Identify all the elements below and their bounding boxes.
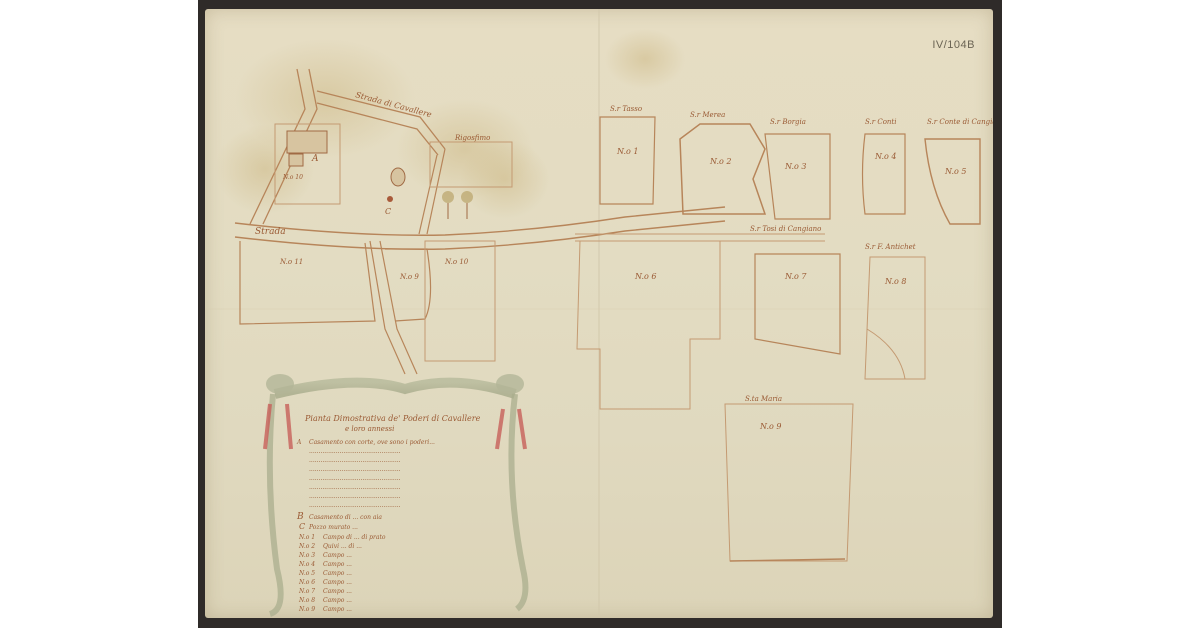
svg-text:N.o 11: N.o 11	[279, 258, 303, 266]
cartouche-subtitle: e loro annessi	[345, 425, 394, 433]
svg-text:N.o 4: N.o 4	[874, 152, 896, 161]
parcel-n11: N.o 11	[240, 241, 375, 324]
svg-text:N.o 7: N.o 7	[784, 272, 807, 281]
svg-text:N.o 10: N.o 10	[444, 258, 469, 266]
svg-text:..............................: ........................................…	[309, 475, 401, 482]
svg-text:N.o 10: N.o 10	[282, 174, 303, 181]
svg-text:B: B	[296, 512, 304, 522]
svg-text:Campo ...: Campo ...	[323, 597, 352, 604]
parcel-n7: N.o 7	[755, 254, 840, 354]
svg-text:N.o 4: N.o 4	[298, 561, 315, 568]
parcel-n5: N.o 5 S.r Conte di Cangiano	[925, 118, 993, 224]
parcel-n10: N.o 10	[425, 241, 495, 361]
svg-text:N.o 7: N.o 7	[298, 588, 315, 595]
cartouche: Pianta Dimostrativa de' Poderi di Cavall…	[265, 374, 525, 614]
svg-text:N.o 8: N.o 8	[884, 277, 906, 286]
road-main: Strada	[235, 207, 725, 249]
parcel-n1: N.o 1 S.r Tasso	[600, 105, 655, 204]
svg-text:Campo ...: Campo ...	[323, 588, 352, 595]
svg-text:N.o 9: N.o 9	[399, 273, 419, 281]
svg-text:Campo ...: Campo ...	[323, 561, 352, 568]
parcel-n2: N.o 2 S.r Merea	[680, 111, 765, 214]
road-label: Strada	[255, 227, 286, 237]
svg-text:A: A	[296, 439, 302, 446]
parcel-n9: N.o 9 S.ta Maria	[725, 395, 853, 561]
svg-text:..............................: ........................................…	[309, 493, 401, 500]
svg-text:Quivi ... di ...: Quivi ... di ...	[323, 543, 362, 550]
svg-text:Casamento di ... con aia: Casamento di ... con aia	[309, 514, 382, 521]
svg-text:Campo ...: Campo ...	[323, 579, 352, 586]
svg-text:..............................: ........................................…	[309, 466, 401, 473]
road-south	[370, 241, 417, 374]
parcel-b: N.o 9	[385, 249, 431, 321]
svg-text:Campo di ... di prato: Campo di ... di prato	[323, 534, 386, 541]
svg-text:S.r Tasso: S.r Tasso	[610, 105, 642, 113]
svg-text:S.r Conti: S.r Conti	[865, 118, 896, 126]
svg-text:C: C	[299, 522, 305, 531]
svg-text:S.ta Maria: S.ta Maria	[745, 395, 782, 403]
parcel-n8: N.o 8 S.r F. Antichet	[865, 243, 925, 379]
svg-text:N.o 3: N.o 3	[784, 162, 806, 171]
svg-text:N.o 2: N.o 2	[298, 543, 315, 550]
svg-text:N.o 5: N.o 5	[298, 570, 315, 577]
svg-text:N.o 1: N.o 1	[298, 534, 315, 541]
svg-text:N.o 8: N.o 8	[298, 597, 315, 604]
map-sheet: IV/104B Strada	[205, 9, 993, 618]
marker-a: A	[311, 154, 319, 164]
svg-text:N.o 9: N.o 9	[759, 422, 781, 431]
svg-text:N.o 1: N.o 1	[616, 147, 638, 156]
svg-text:N.o 2: N.o 2	[709, 157, 731, 166]
cartouche-title: Pianta Dimostrativa de' Poderi di Cavall…	[304, 414, 481, 423]
map-drawing: Strada Strada di Cavallere A N.o 10 C	[205, 9, 993, 618]
svg-text:S.r Merea: S.r Merea	[690, 111, 725, 119]
svg-text:Campo ...: Campo ...	[323, 570, 352, 577]
parcel-n3: N.o 3 S.r Borgia	[765, 118, 830, 219]
parcel-n4: N.o 4 S.r Conti	[863, 118, 906, 214]
svg-text:N.o 5: N.o 5	[944, 167, 966, 176]
svg-text:..............................: ........................................…	[309, 484, 401, 491]
svg-text:N.o 6: N.o 6	[634, 272, 656, 281]
marker-c: C	[385, 207, 391, 216]
svg-text:S.r Conte di Cangiano: S.r Conte di Cangiano	[927, 118, 993, 126]
svg-text:S.r Tosi di Cangiano: S.r Tosi di Cangiano	[750, 225, 821, 233]
svg-text:..............................: ........................................…	[309, 448, 401, 455]
svg-text:Campo ...: Campo ...	[323, 606, 352, 613]
svg-text:Rigosfimo: Rigosfimo	[454, 134, 490, 142]
svg-text:Pozzo murato ...: Pozzo murato ...	[308, 524, 358, 531]
svg-text:S.r F. Antichet: S.r F. Antichet	[865, 243, 916, 251]
svg-text:N.o 6: N.o 6	[298, 579, 315, 586]
svg-text:S.r Borgia: S.r Borgia	[770, 118, 806, 126]
svg-text:Campo ...: Campo ...	[323, 552, 352, 559]
marker-c-group: C	[385, 168, 405, 216]
svg-text:Casamento con corte, ove sono: Casamento con corte, ove sono i poderi..…	[309, 439, 435, 446]
svg-text:N.o 9: N.o 9	[298, 606, 315, 613]
svg-text:..............................: ........................................…	[309, 502, 401, 509]
svg-text:..............................: ........................................…	[309, 457, 401, 464]
svg-text:N.o 3: N.o 3	[298, 552, 315, 559]
